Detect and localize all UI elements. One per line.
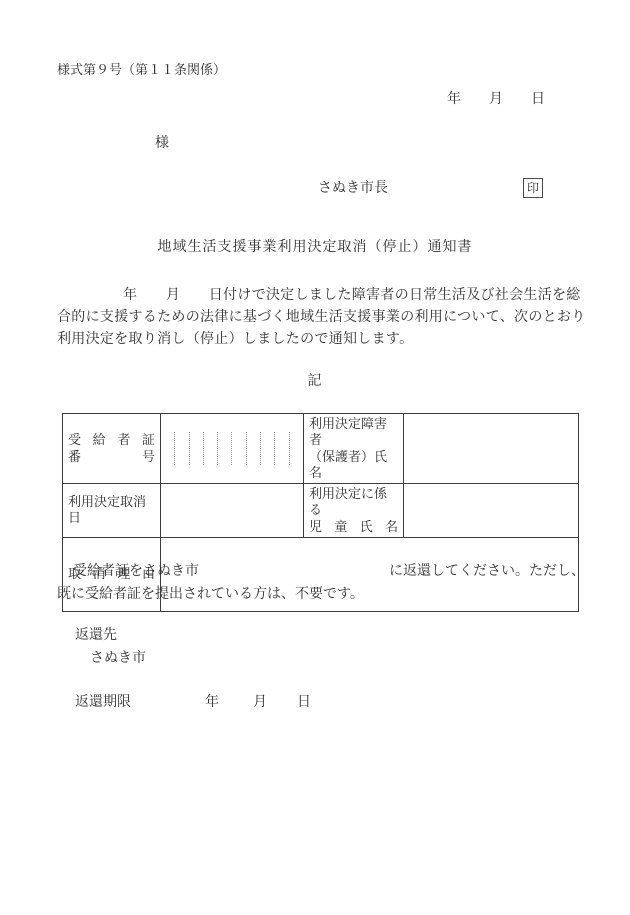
return-instruction-part2: に返還してください。ただし、: [389, 564, 585, 580]
notice-table: 受給者証 番号 利用決定障害者 （保護者: [62, 413, 579, 612]
body-paragraph-line1: 年 月 日付けで決定しました障害者の日常生活及び社会生活を総: [123, 288, 581, 304]
cert-number-label-cell: 受給者証 番号: [63, 414, 161, 484]
cert-number-value-cell[interactable]: [161, 414, 304, 484]
return-instruction-line2: 既に受給者証を提出されている方は、不要です。: [57, 587, 364, 603]
cert-number-digit-cell[interactable]: [232, 432, 246, 465]
child-name-label-line2: 児童氏名: [309, 519, 398, 535]
cert-number-digit-cell[interactable]: [275, 432, 289, 465]
child-name-label-line1: 利用決定に係る: [309, 486, 398, 519]
mayor-name-field[interactable]: [395, 177, 515, 197]
cert-number-digit-cell[interactable]: [290, 432, 303, 465]
cert-number-label-line1: 受給者証: [68, 432, 155, 448]
return-to-value: さぬき市: [90, 651, 146, 667]
cert-number-label-line2: 番号: [68, 449, 155, 465]
deadline-day-label: 日: [297, 695, 311, 711]
record-marker: 記: [0, 374, 630, 390]
cancel-date-label-cell: 利用決定取消日: [63, 484, 161, 538]
return-to-label: 返還先: [75, 628, 117, 644]
deadline-year-label: 年: [205, 695, 219, 711]
body-paragraph-line3: 利用決定を取り消し（停止）しましたので通知します。: [57, 332, 413, 348]
cert-number-digit-cell[interactable]: [261, 432, 275, 465]
child-name-label-cell: 利用決定に係る 児童氏名: [304, 484, 404, 538]
cert-number-digit-row: [161, 432, 303, 465]
child-name-value-cell[interactable]: [404, 484, 579, 538]
cert-number-digit-cell[interactable]: [161, 432, 175, 465]
document-page: 様式第９号（第１１条関係） 年 月 日 様 さぬき市長 印 地域生活支援事業利用…: [0, 0, 630, 915]
body-paragraph-line2: 合的に支援するための法律に基づく地域生活支援事業の利用について、次のとおり: [57, 310, 586, 326]
cert-number-digit-cell[interactable]: [218, 432, 232, 465]
return-deadline-label: 返還期限: [75, 695, 131, 711]
seal-mark-icon: 印: [523, 178, 543, 198]
return-instruction-part1: 受給者証をさぬき市: [73, 564, 199, 580]
cancel-date-value-cell[interactable]: [161, 484, 304, 538]
form-number-label: 様式第９号（第１１条関係）: [57, 63, 226, 78]
cert-number-digit-cell[interactable]: [247, 432, 261, 465]
cert-number-digit-cell[interactable]: [190, 432, 204, 465]
decision-person-label-cell: 利用決定障害者 （保護者）氏名: [304, 414, 404, 484]
decision-person-label-line1: 利用決定障害者: [309, 416, 398, 449]
addressee-name-field[interactable]: [57, 132, 149, 152]
mayor-signature-label: さぬき市長: [318, 181, 388, 197]
deadline-month-label: 月: [253, 695, 267, 711]
cert-number-digit-cell[interactable]: [175, 432, 189, 465]
issue-date-line: 年 月 日: [447, 92, 545, 108]
decision-person-label-line2: （保護者）氏名: [309, 449, 398, 482]
cert-number-digit-cell[interactable]: [204, 432, 218, 465]
seal-mark-label: 印: [527, 181, 539, 195]
document-title: 地域生活支援事業利用決定取消（停止）通知書: [0, 240, 630, 256]
issue-date-year-field[interactable]: [400, 88, 440, 106]
addressee-honorific: 様: [155, 136, 169, 152]
cancel-date-label: 利用決定取消日: [68, 494, 155, 527]
return-office-field[interactable]: [205, 560, 385, 578]
decision-person-value-cell[interactable]: [404, 414, 579, 484]
deadline-year-field[interactable]: [140, 691, 200, 709]
